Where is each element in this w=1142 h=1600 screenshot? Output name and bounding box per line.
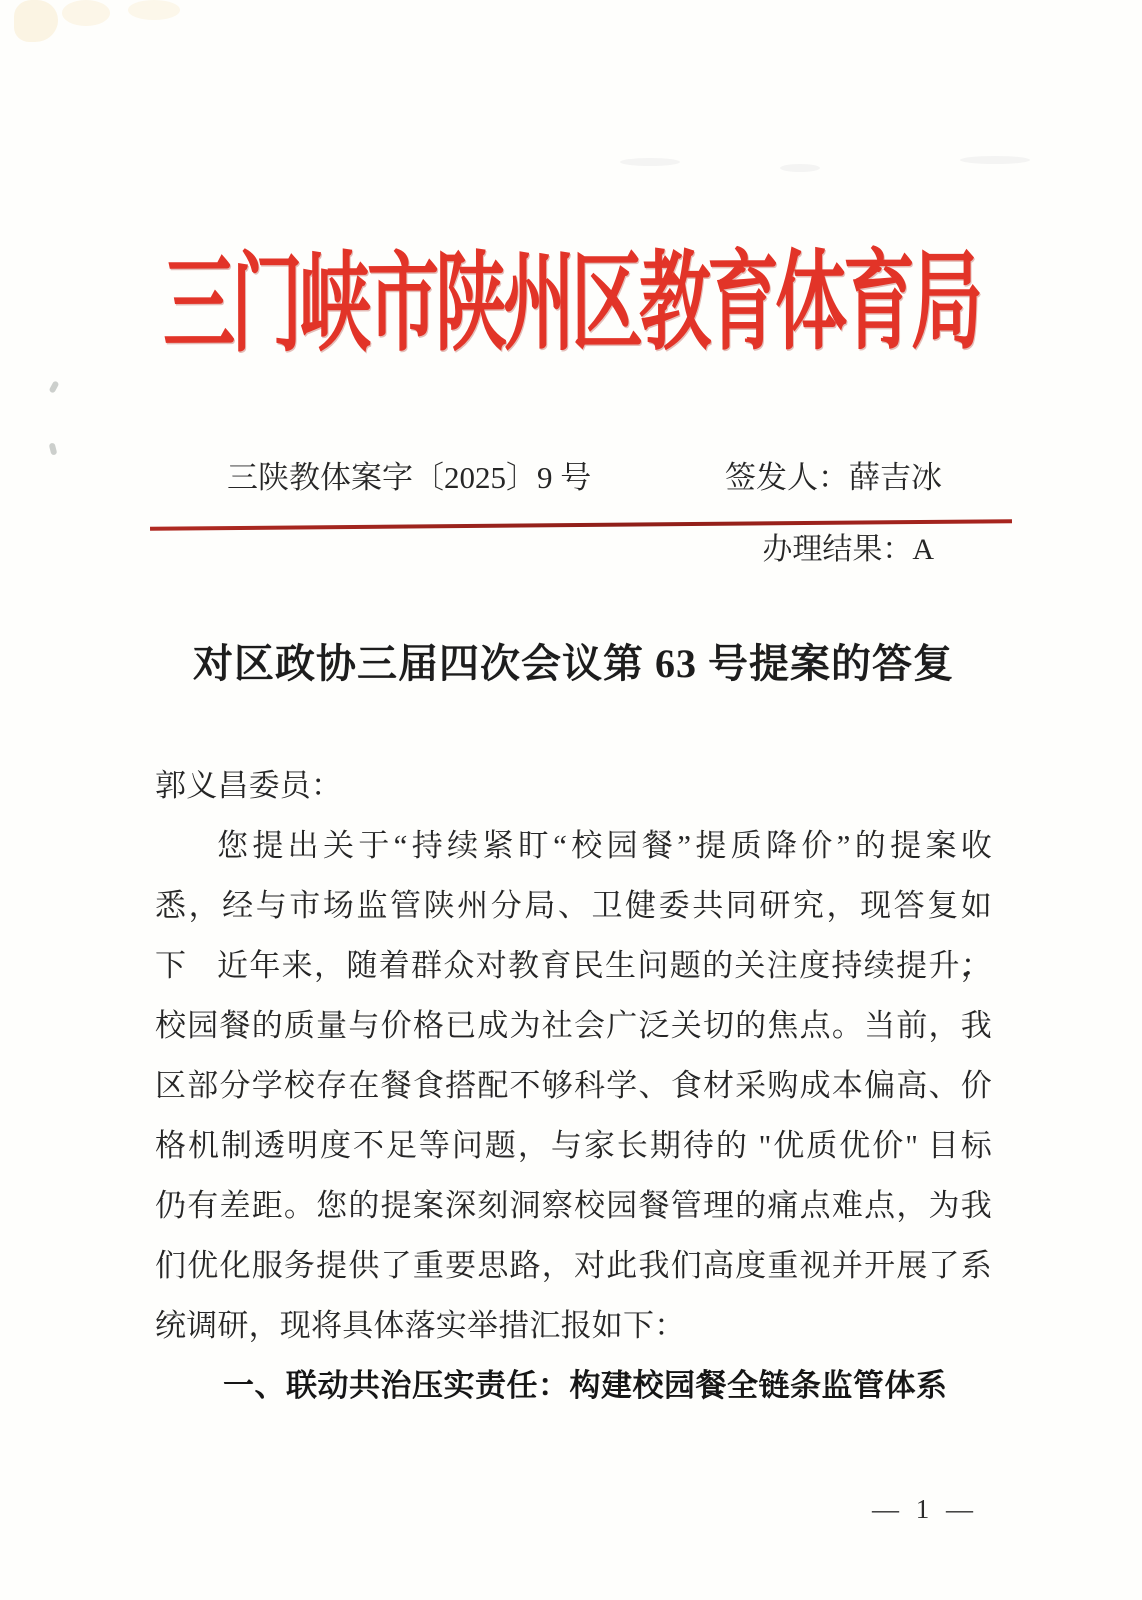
body-line: 区部分学校存在餐食搭配不够科学、食材采购成本偏高、价 bbox=[155, 1056, 992, 1116]
document-title: 对区政协三届四次会议第 63 号提案的答复 bbox=[155, 638, 992, 690]
scan-artifact-smudge bbox=[960, 156, 1030, 164]
scanned-document-page: 三门峡市陕州区教育体育局 三陕教体案字〔2025〕9 号 签发人：薛吉冰 办理结… bbox=[0, 0, 1142, 1600]
scan-artifact-speck bbox=[49, 380, 60, 393]
scan-artifact-speck bbox=[49, 442, 58, 455]
scan-artifact-blob bbox=[128, 0, 180, 20]
body-line: 郭义昌委员： bbox=[155, 756, 992, 816]
issuer-name: 签发人：薛吉冰 bbox=[725, 458, 942, 498]
handling-result: 办理结果：A bbox=[155, 530, 992, 570]
scan-artifact-blob bbox=[62, 0, 110, 26]
body-line: 统调研，现将具体落实举措汇报如下： bbox=[155, 1296, 992, 1356]
scan-artifact-smudge bbox=[620, 158, 680, 166]
scan-artifact-blob bbox=[14, 0, 58, 42]
doc-number: 三陕教体案字〔2025〕9 号 bbox=[227, 458, 591, 498]
body-line: 近年来，随着群众对教育民生问题的关注度持续提升， bbox=[155, 936, 992, 996]
document-body: 郭义昌委员：您提出关于“持续紧盯“校园餐”提质降价”的提案收悉，经与市场监管陕州… bbox=[155, 756, 992, 1416]
document-info-row: 三陕教体案字〔2025〕9 号 签发人：薛吉冰 bbox=[155, 458, 992, 498]
agency-title: 三门峡市陕州区教育体育局 bbox=[0, 248, 1142, 360]
body-line: 一、联动共治压实责任：构建校园餐全链条监管体系 bbox=[155, 1356, 992, 1416]
body-line: 您提出关于“持续紧盯“校园餐”提质降价”的提案收 bbox=[155, 816, 992, 876]
body-line: 校园餐的质量与价格已成为社会广泛关切的焦点。当前，我 bbox=[155, 996, 992, 1056]
page-number: — 1 — bbox=[872, 1494, 978, 1525]
body-line: 格机制透明度不足等问题，与家长期待的 "优质优价" 目标 bbox=[155, 1116, 992, 1176]
body-line: 悉，经与市场监管陕州分局、卫健委共同研究，现答复如下： bbox=[155, 876, 992, 936]
body-line: 们优化服务提供了重要思路，对此我们高度重视并开展了系 bbox=[155, 1236, 992, 1296]
body-line: 仍有差距。您的提案深刻洞察校园餐管理的痛点难点，为我 bbox=[155, 1176, 992, 1236]
scan-artifact-smudge bbox=[780, 164, 820, 172]
